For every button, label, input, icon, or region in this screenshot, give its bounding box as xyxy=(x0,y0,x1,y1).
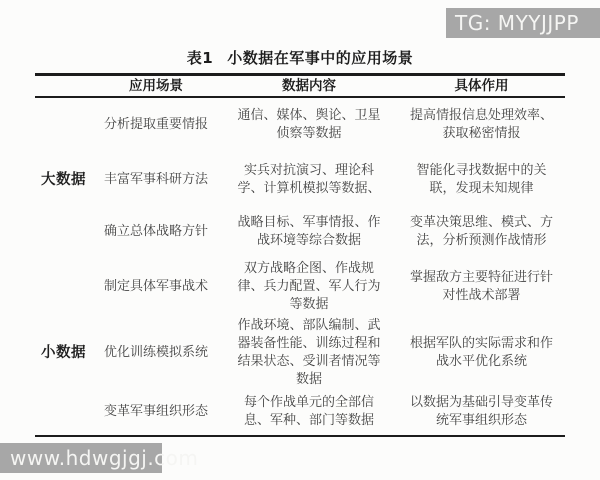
table-row: 确立总体战略方针 战略目标、军事情报、作 战环境等综合数据 变革决策思维、模式、… xyxy=(35,207,565,257)
cell-data-content: 每个作战单元的全部信 息、军种、部门等数据 xyxy=(220,389,398,435)
cell-data-content: 实兵对抗演习、理论科 学、计算机模拟等数据、 xyxy=(220,152,398,207)
col-header-data-content: 数据内容 xyxy=(220,76,398,96)
cell-scenario: 丰富军事科研方法 xyxy=(92,152,220,207)
table-title: 表1小数据在军事中的应用场景 xyxy=(0,47,600,68)
table-row: 大数据 丰富军事科研方法 实兵对抗演习、理论科 学、计算机模拟等数据、 智能化寻… xyxy=(35,152,565,207)
cell-scenario: 分析提取重要情报 xyxy=(92,98,220,152)
col-header-group xyxy=(35,76,92,96)
cell-effect: 根据军队的实际需求和作 战水平优化系统 xyxy=(398,317,565,389)
group-label-small-data: 小数据 xyxy=(35,317,92,389)
cell-scenario: 制定具体军事战术 xyxy=(92,257,220,317)
col-header-scenario: 应用场景 xyxy=(92,76,220,96)
cell-data-content: 战略目标、军事情报、作 战环境等综合数据 xyxy=(220,207,398,257)
table-title-text: 小数据在军事中的应用场景 xyxy=(227,49,413,67)
table-row: 制定具体军事战术 双方战略企图、作战规 律、兵力配置、军人行为 等数据 掌握敌方… xyxy=(35,257,565,317)
group-label xyxy=(35,98,92,152)
cell-effect: 智能化寻找数据中的关 联，发现未知规律 xyxy=(398,152,565,207)
cell-data-content: 通信、媒体、舆论、卫星 侦察等数据 xyxy=(220,98,398,152)
watermark-website-text: www.hdwgjgj.com xyxy=(10,446,198,470)
cell-effect: 以数据为基础引导变革传 统军事组织形态 xyxy=(398,389,565,435)
cell-effect: 掌握敌方主要特征进行针 对性战术部署 xyxy=(398,257,565,317)
col-header-effect: 具体作用 xyxy=(398,76,565,96)
table-title-number: 表1 xyxy=(187,49,213,67)
group-label xyxy=(35,207,92,257)
watermark-telegram-text: TG: MYYJJPP xyxy=(455,11,579,35)
cell-scenario: 优化训练模拟系统 xyxy=(92,317,220,389)
cell-scenario: 确立总体战略方针 xyxy=(92,207,220,257)
scanned-document-page: TG: MYYJJPP 表1小数据在军事中的应用场景 应用场景 数据内容 具体作… xyxy=(0,0,600,480)
table-row: 小数据 优化训练模拟系统 作战环境、部队编制、武 器装备性能、训练过程和 结果状… xyxy=(35,317,565,389)
table-row: 分析提取重要情报 通信、媒体、舆论、卫星 侦察等数据 提高情报信息处理效率、 获… xyxy=(35,98,565,152)
cell-data-content: 作战环境、部队编制、武 器装备性能、训练过程和 结果状态、受训者情况等 数据 xyxy=(220,317,398,389)
group-label xyxy=(35,257,92,317)
table-row: 变革军事组织形态 每个作战单元的全部信 息、军种、部门等数据 以数据为基础引导变… xyxy=(35,389,565,435)
table-header-row: 应用场景 数据内容 具体作用 xyxy=(35,76,565,98)
cell-data-content: 双方战略企图、作战规 律、兵力配置、军人行为 等数据 xyxy=(220,257,398,317)
cell-scenario: 变革军事组织形态 xyxy=(92,389,220,435)
watermark-telegram-badge: TG: MYYJJPP xyxy=(446,8,600,38)
cell-effect: 变革决策思维、模式、方 法，分析预测作战情形 xyxy=(398,207,565,257)
group-label-big-data: 大数据 xyxy=(35,152,92,207)
group-label xyxy=(35,389,92,435)
application-scenarios-table: 应用场景 数据内容 具体作用 分析提取重要情报 通信、媒体、舆论、卫星 侦察等数… xyxy=(35,73,565,437)
watermark-website-badge: www.hdwgjgj.com xyxy=(0,443,162,473)
cell-effect: 提高情报信息处理效率、 获取秘密情报 xyxy=(398,98,565,152)
